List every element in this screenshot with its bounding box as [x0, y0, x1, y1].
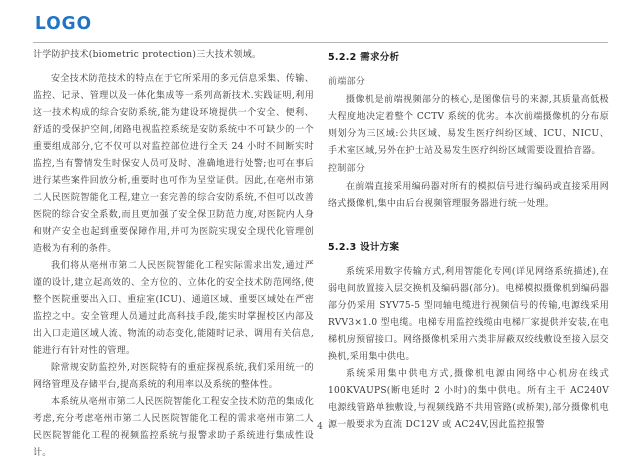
section-sublabel: 前端部分: [328, 74, 609, 91]
paragraph: 安全技术防范技术的特点在于它所采用的多元信息采集、传输、监控、记录、管理以及一体…: [33, 71, 314, 258]
document-page: LOGO 计学防护技术(biometric protection)三大技术领域。…: [0, 0, 640, 453]
paragraph: 摄像机是前端视频部分的核心,是图像信号的来源,其质量高低极大程度地决定着整个 C…: [328, 92, 609, 160]
paragraph: 除常规安防监控外,对医院特有的重症探视系统,我们采用统一的网络管理及存储平台,提…: [33, 360, 314, 394]
header-divider: [33, 42, 608, 43]
document-body: 计学防护技术(biometric protection)三大技术领域。安全技术防…: [33, 47, 609, 453]
section-sublabel: 控制部分: [328, 161, 609, 178]
section-heading: 5.2.3 设计方案: [328, 239, 609, 256]
left-column: 计学防护技术(biometric protection)三大技术领域。安全技术防…: [33, 47, 314, 453]
paragraph: 系统采用数字传输方式,利用智能化专网(详见网络系统描述),在弱电间放置接入层交换…: [328, 264, 609, 366]
paragraph: 在前端直接采用编码器对所有的模拟信号进行编码或直接采用网络式摄像机,集中由后台视…: [328, 179, 609, 213]
right-column: 5.2.2 需求分析前端部分摄像机是前端视频部分的核心,是图像信号的来源,其质量…: [328, 47, 609, 453]
logo: LOGO: [35, 14, 92, 35]
paragraph: 我们将从亳州市第二人民医院智能化工程实际需求出发,通过严谨的设计,建立起高效的、…: [33, 258, 314, 360]
section-heading: 5.2.2 需求分析: [328, 49, 609, 66]
paragraph: 计学防护技术(biometric protection)三大技术领域。: [33, 47, 314, 64]
page-number: 4: [0, 422, 640, 432]
